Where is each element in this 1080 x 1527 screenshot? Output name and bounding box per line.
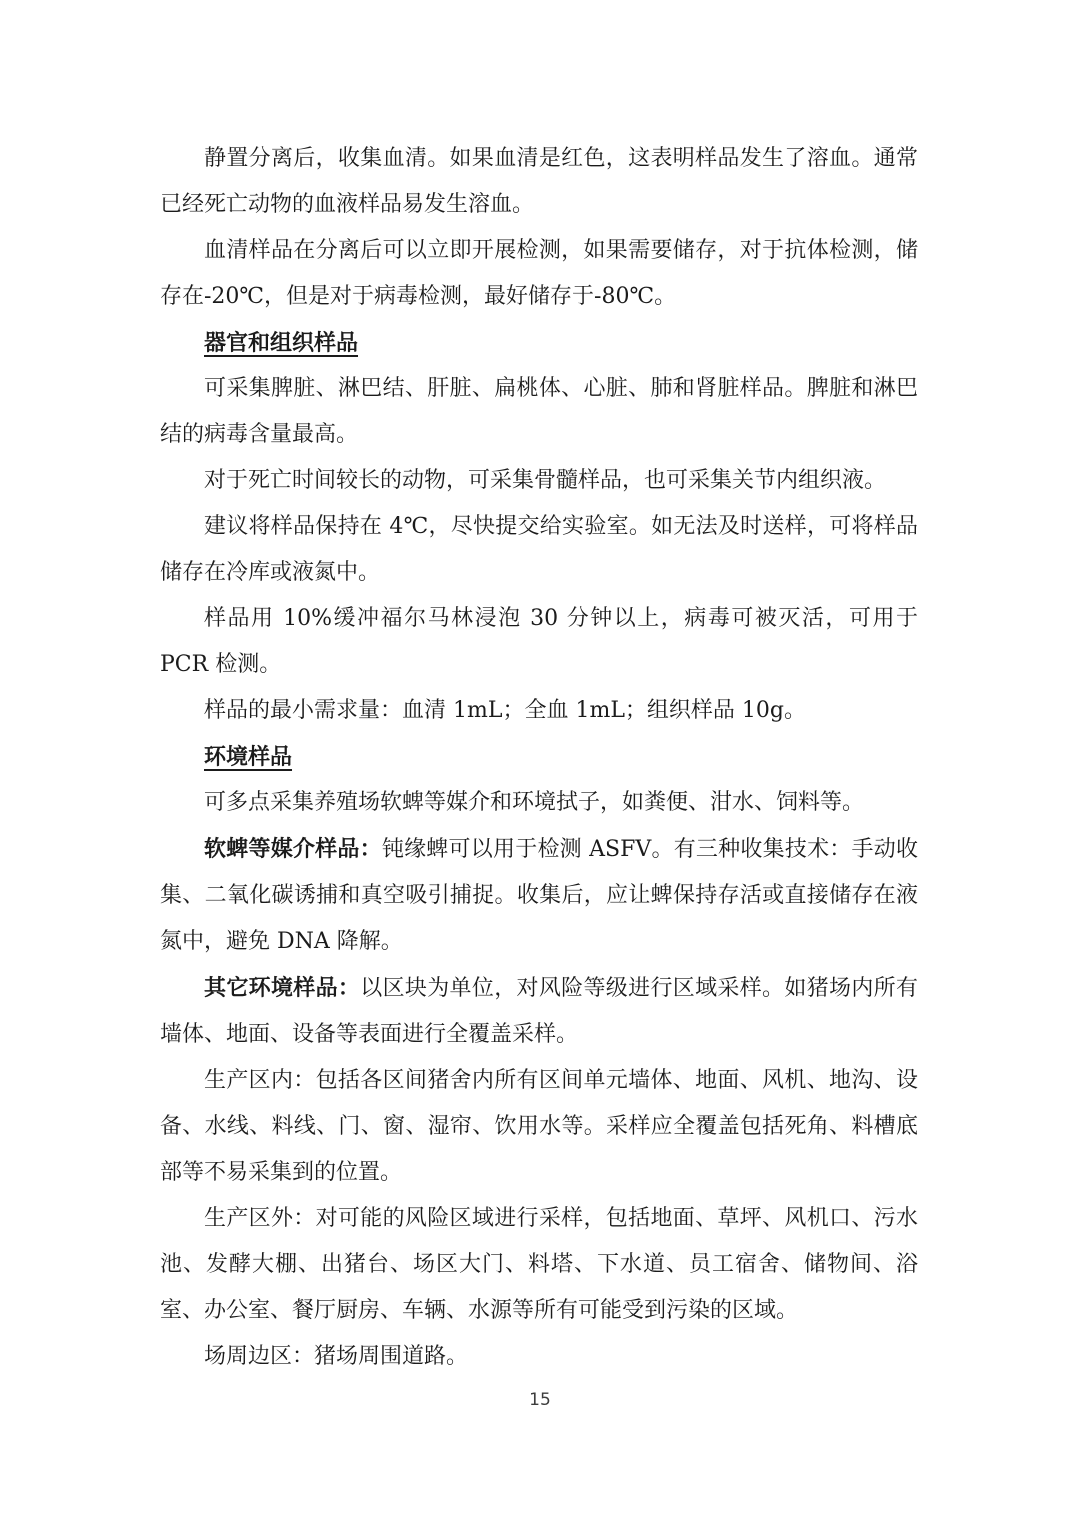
paragraph-text: 对于死亡时间较长的动物，可采集骨髓样品，也可采集关节内组织液。 <box>204 468 886 493</box>
paragraph-text: 生产区内：包括各区间猪舍内所有区间单元墙体、地面、风机、地沟、设备、水线、料线、… <box>160 1068 918 1185</box>
paragraph-text: 可采集脾脏、淋巴结、肝脏、扁桃体、心脏、肺和肾脏样品。脾脏和淋巴结的病毒含量最高… <box>160 376 918 447</box>
section-heading-text: 器官和组织样品 <box>204 330 358 356</box>
paragraph: 生产区内：包括各区间猪舍内所有区间单元墙体、地面、风机、地沟、设备、水线、料线、… <box>160 1058 918 1196</box>
paragraph-text: 可多点采集养殖场软蜱等媒介和环境拭子，如粪便、泔水、饲料等。 <box>204 790 864 815</box>
paragraph: 生产区外：对可能的风险区域进行采样，包括地面、草坪、风机口、污水池、发酵大棚、出… <box>160 1196 918 1334</box>
paragraph: 样品用 10%缓冲福尔马林浸泡 30 分钟以上，病毒可被灭活，可用于 PCR 检… <box>160 596 918 688</box>
page-number: 15 <box>0 1388 1080 1412</box>
paragraph-lead: 软蜱等媒介样品： <box>204 836 382 862</box>
paragraph-text: 样品用 10%缓冲福尔马林浸泡 30 分钟以上，病毒可被灭活，可用于 PCR 检… <box>160 606 918 677</box>
document-page: 静置分离后，收集血清。如果血清是红色，这表明样品发生了溶血。通常已经死亡动物的血… <box>0 0 1080 1527</box>
paragraph-text: 建议将样品保持在 4℃，尽快提交给实验室。如无法及时送样，可将样品储存在冷库或液… <box>160 514 918 585</box>
paragraph-text: 静置分离后，收集血清。如果血清是红色，这表明样品发生了溶血。通常已经死亡动物的血… <box>160 146 918 217</box>
paragraph: 场周边区：猪场周围道路。 <box>160 1334 918 1380</box>
paragraph: 样品的最小需求量：血清 1mL；全血 1mL；组织样品 10g。 <box>160 688 918 734</box>
section-heading-text: 环境样品 <box>204 744 292 770</box>
paragraph-text: 样品的最小需求量：血清 1mL；全血 1mL；组织样品 10g。 <box>204 698 806 723</box>
paragraph: 建议将样品保持在 4℃，尽快提交给实验室。如无法及时送样，可将样品储存在冷库或液… <box>160 504 918 596</box>
paragraph: 软蜱等媒介样品：钝缘蜱可以用于检测 ASFV。有三种收集技术：手动收集、二氧化碳… <box>160 826 918 965</box>
paragraph-lead: 其它环境样品： <box>204 975 360 1001</box>
section-heading: 环境样品 <box>160 734 918 780</box>
paragraph-text: 生产区外：对可能的风险区域进行采样，包括地面、草坪、风机口、污水池、发酵大棚、出… <box>160 1206 918 1323</box>
paragraph: 对于死亡时间较长的动物，可采集骨髓样品，也可采集关节内组织液。 <box>160 458 918 504</box>
paragraph: 血清样品在分离后可以立即开展检测，如果需要储存，对于抗体检测，储存在-20℃，但… <box>160 228 918 320</box>
section-heading: 器官和组织样品 <box>160 320 918 366</box>
paragraph: 可采集脾脏、淋巴结、肝脏、扁桃体、心脏、肺和肾脏样品。脾脏和淋巴结的病毒含量最高… <box>160 366 918 458</box>
paragraph: 其它环境样品：以区块为单位，对风险等级进行区域采样。如猪场内所有墙体、地面、设备… <box>160 965 918 1058</box>
paragraph-text: 血清样品在分离后可以立即开展检测，如果需要储存，对于抗体检测，储存在-20℃，但… <box>160 238 918 309</box>
paragraph: 可多点采集养殖场软蜱等媒介和环境拭子，如粪便、泔水、饲料等。 <box>160 780 918 826</box>
document-body: 静置分离后，收集血清。如果血清是红色，这表明样品发生了溶血。通常已经死亡动物的血… <box>160 136 918 1380</box>
paragraph: 静置分离后，收集血清。如果血清是红色，这表明样品发生了溶血。通常已经死亡动物的血… <box>160 136 918 228</box>
paragraph-text: 场周边区：猪场周围道路。 <box>204 1344 468 1369</box>
